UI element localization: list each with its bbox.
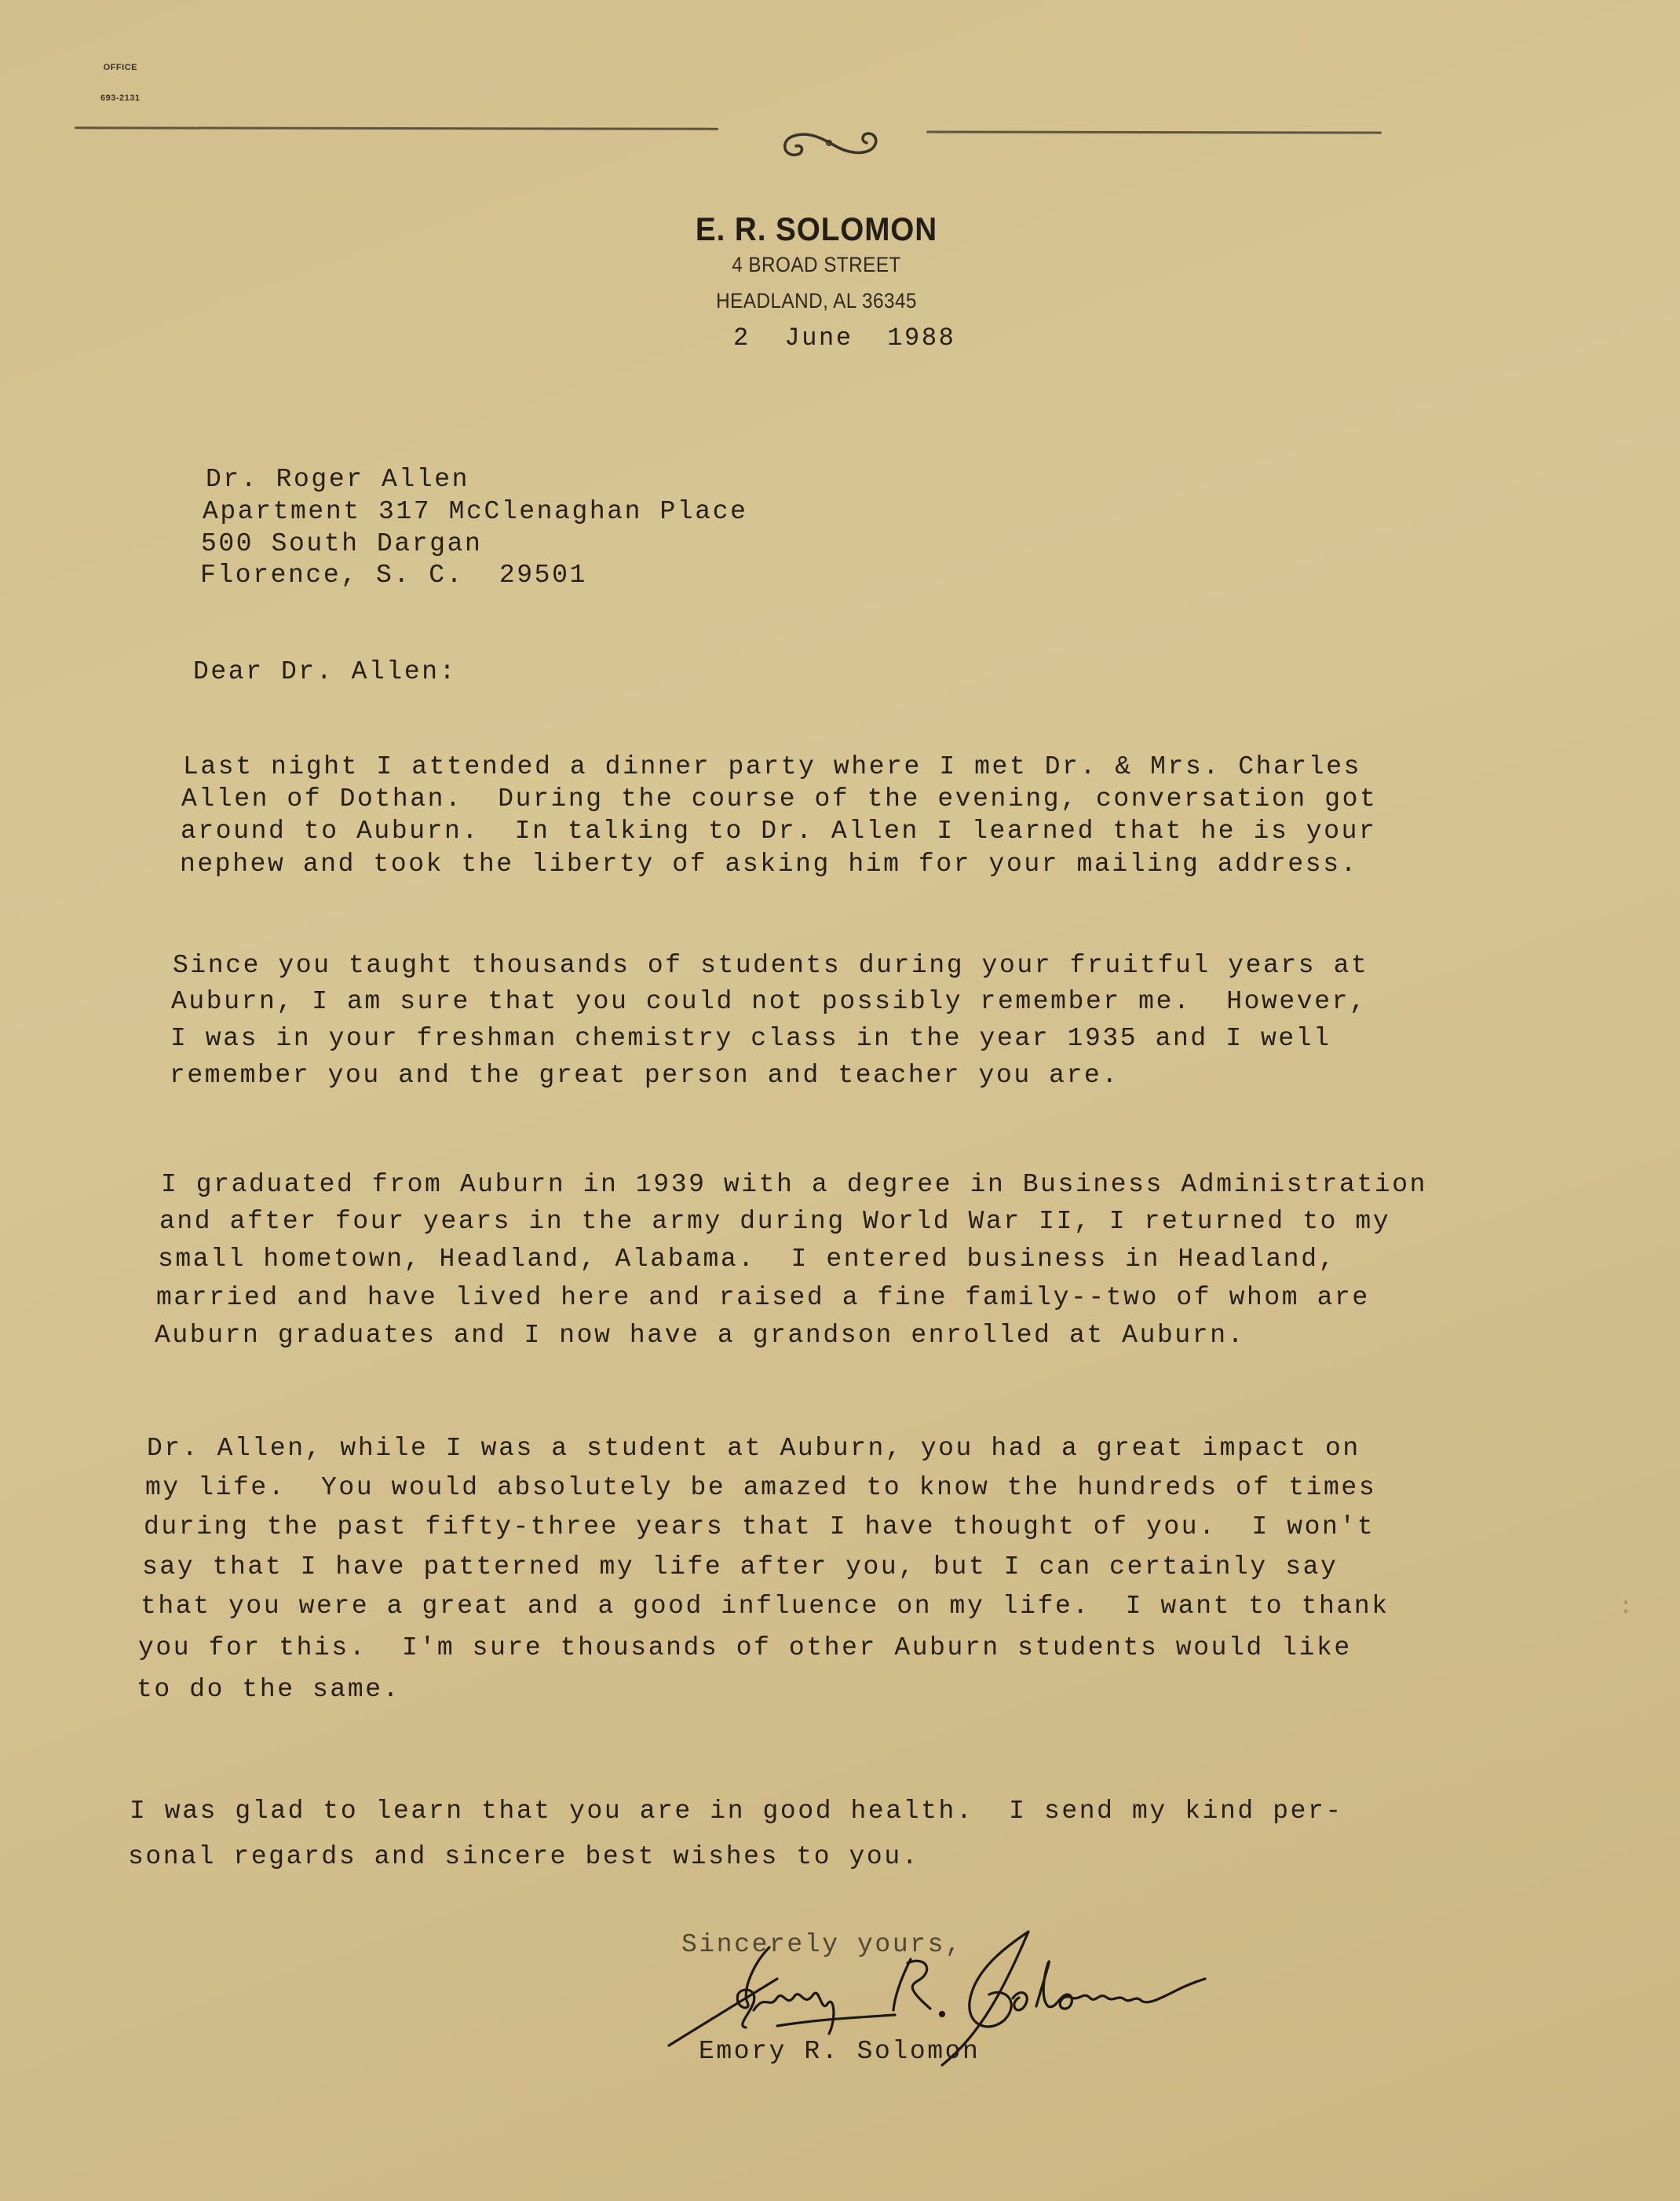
letterhead-street: 4 BROAD STREET xyxy=(60,253,1572,277)
office-phone-stamp: OFFICE 693-2131 xyxy=(100,42,141,124)
letterhead-name: E. R. SOLOMON xyxy=(44,210,1590,248)
letterhead-rule-left xyxy=(75,126,718,130)
paragraph-line: I was in your freshman chemistry class i… xyxy=(170,1024,1331,1053)
letterhead-city: HEADLAND, AL 36345 xyxy=(60,289,1572,313)
paragraph-line: that you were a great and a good influen… xyxy=(141,1592,1390,1621)
paragraph-line: Auburn graduates and I now have a grands… xyxy=(155,1321,1245,1350)
paragraph-line: say that I have patterned my life after … xyxy=(142,1552,1338,1581)
paragraph-line: remember you and the great person and te… xyxy=(170,1061,1119,1090)
letterhead-rule-right xyxy=(926,130,1382,133)
paragraph-line: sonal regards and sincere best wishes to… xyxy=(128,1842,919,1871)
paragraph-line: Dr. Allen, while I was a student at Aubu… xyxy=(147,1434,1360,1463)
paragraph-line: small hometown, Headland, Alabama. I ent… xyxy=(158,1245,1336,1274)
paragraph-line: you for this. I'm sure thousands of othe… xyxy=(138,1633,1352,1662)
paragraph-line: I graduated from Auburn in 1939 with a d… xyxy=(161,1170,1427,1199)
paragraph-line: I was glad to learn that you are in good… xyxy=(130,1797,1343,1826)
paragraph-line: Last night I attended a dinner party whe… xyxy=(183,752,1361,781)
paragraph-line: Allen of Dothan. During the course of th… xyxy=(181,784,1377,813)
letter-page: OFFICE 693-2131 E. R. SOLOMON 4 BROAD ST… xyxy=(0,0,1680,2201)
paragraph-line: Auburn, I am sure that you could not pos… xyxy=(171,987,1367,1016)
paragraph-line: during the past fifty-three years that I… xyxy=(144,1512,1375,1541)
typed-signatory-name: Emory R. Solomon xyxy=(699,2037,980,2066)
paragraph-line: my life. You would absolutely be amazed … xyxy=(145,1473,1376,1502)
address-line: Apartment 317 McClenaghan Place xyxy=(203,497,748,526)
paragraph-line: married and have lived here and raised a… xyxy=(156,1283,1370,1312)
stray-typewriter-mark: : xyxy=(1619,1594,1633,1621)
letter-date: 2 June 1988 xyxy=(733,324,955,353)
paragraph-line: Since you taught thousands of students d… xyxy=(173,951,1368,980)
office-label: OFFICE xyxy=(100,63,141,73)
paragraph-line: to do the same. xyxy=(137,1675,400,1704)
paragraph-line: nephew and took the liberty of asking hi… xyxy=(180,850,1358,879)
scroll-flourish-icon xyxy=(776,126,886,162)
office-phone: 693-2131 xyxy=(100,93,141,104)
paragraph-line: around to Auburn. In talking to Dr. Alle… xyxy=(181,817,1376,846)
address-line: 500 South Dargan xyxy=(201,529,482,558)
paragraph-line: and after four years in the army during … xyxy=(159,1207,1390,1236)
address-line: Florence, S. C. 29501 xyxy=(200,561,587,590)
salutation: Dear Dr. Allen: xyxy=(193,657,457,686)
address-line: Dr. Roger Allen xyxy=(206,465,469,494)
